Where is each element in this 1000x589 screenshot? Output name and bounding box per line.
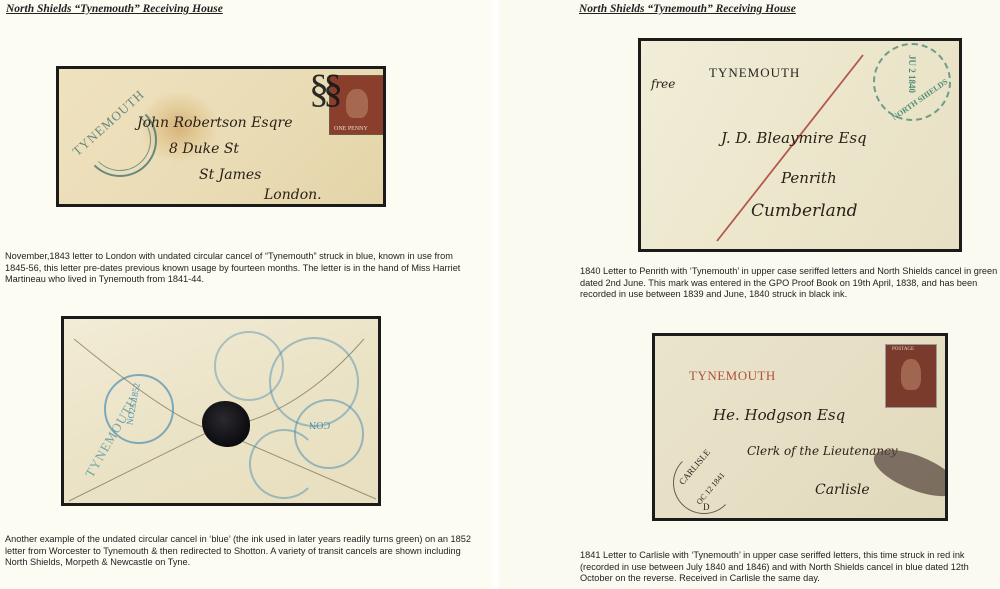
penny-red-stamp: POSTAGE bbox=[885, 344, 937, 408]
address-line: Penrith bbox=[781, 169, 837, 187]
address-line: London. bbox=[264, 187, 322, 203]
penny-red-stamp: ONE PENNY bbox=[329, 75, 385, 135]
page-title: North Shields “Tynemouth” Receiving Hous… bbox=[6, 3, 223, 15]
cover-image-penrith: free TYNEMOUTH JU 2 1840 NORTH SHIELDS J… bbox=[638, 38, 962, 252]
address-line: St James bbox=[199, 167, 261, 183]
address-line: John Robertson Esqre bbox=[137, 115, 292, 131]
page-title: North Shields “Tynemouth” Receiving Hous… bbox=[579, 3, 796, 15]
cover-image-london: TYNEMOUTH John Robertson Esqre 8 Duke St… bbox=[56, 66, 386, 207]
cover-caption: 1840 Letter to Penrith with ‘Tynemouth’ … bbox=[580, 266, 998, 301]
address-line: He. Hodgson Esq bbox=[713, 406, 845, 424]
tynemouth-handstamp-red: TYNEMOUTH bbox=[689, 368, 776, 384]
address-line: Carlisle bbox=[815, 482, 870, 498]
cover-caption: November,1843 letter to London with unda… bbox=[5, 251, 475, 286]
address-line: J. D. Bleaymire Esq bbox=[721, 129, 867, 147]
shotton-cancel bbox=[249, 429, 319, 499]
cover-caption: Another example of the undated circular … bbox=[5, 534, 475, 569]
address-line: 8 Duke St bbox=[169, 141, 239, 157]
cover-caption: 1841 Letter to Carlisle with ‘Tynemouth’… bbox=[580, 550, 998, 585]
album-page-left: North Shields “Tynemouth” Receiving Hous… bbox=[0, 0, 492, 589]
album-page-right: North Shields “Tynemouth” Receiving Hous… bbox=[500, 0, 1000, 589]
wax-seal bbox=[202, 401, 250, 447]
cover-image-carlisle: TYNEMOUTH POSTAGE He. Hodgson Esq Clerk … bbox=[652, 333, 948, 521]
maltese-cross-cancel-icon: §§ bbox=[309, 69, 337, 109]
cover-image-reverse: NO25 1852 TYNEMOUTH CON bbox=[61, 316, 381, 506]
address-line: Cumberland bbox=[751, 201, 858, 221]
